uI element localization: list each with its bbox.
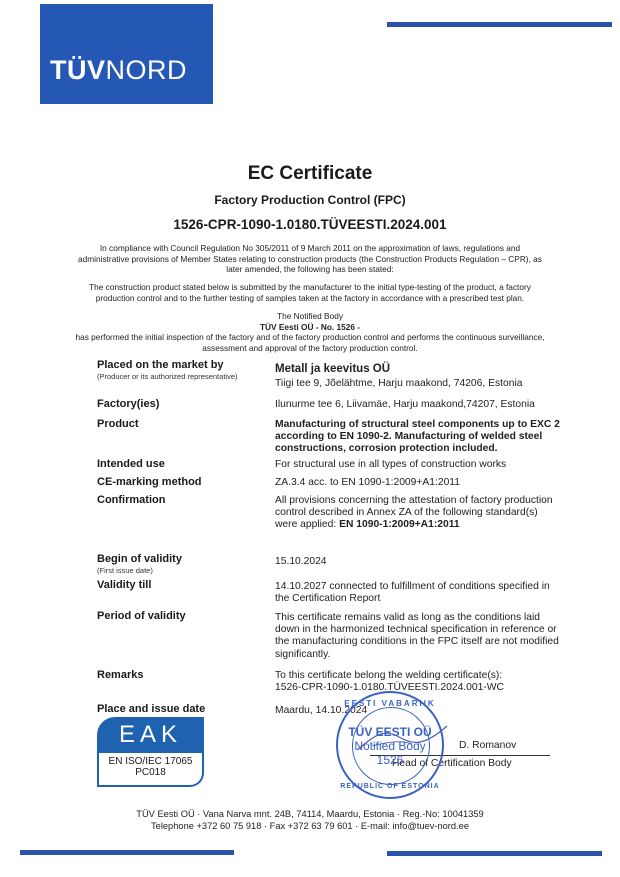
footer-rule-left	[20, 850, 234, 855]
remarks-label: Remarks	[97, 669, 143, 681]
notified-body-paragraph: The Notified Body TÜV Eesti OÜ - No. 152…	[0, 311, 620, 353]
factories-label: Factory(ies)	[97, 398, 159, 410]
period-validity-line: significantly.	[275, 649, 575, 661]
document-title: EC Certificate	[0, 163, 620, 185]
intro-p2-line: production control and to the further te…	[0, 293, 620, 304]
product-line: constructions, corrosion protection incl…	[275, 443, 575, 455]
period-validity-value: This certificate remains valid as long a…	[275, 612, 575, 661]
remarks-line: 1526-CPR-1090-1.0180.TÜVEESTI.2024.001-W…	[275, 682, 575, 694]
confirmation-prefix: were applied:	[275, 519, 339, 530]
validity-till-line: 14.10.2027 connected to fulfillment of c…	[275, 581, 575, 593]
product-line: according to EN 1090-2. Manufacturing of…	[275, 431, 575, 443]
footer-contacts: Telephone +372 60 75 918 · Fax +372 63 7…	[0, 820, 620, 832]
intro-p1-line: later amended, the following has been st…	[0, 264, 620, 275]
place-date-label: Place and issue date	[97, 703, 205, 715]
signature-scribble-icon	[352, 718, 452, 758]
placed-on-market-label: Placed on the market by	[97, 359, 224, 371]
tuv-nord-logo: TÜVNORD	[40, 4, 213, 104]
intro-p3-line: has performed the initial inspection of …	[0, 332, 620, 343]
begin-validity-value: 15.10.2024	[275, 556, 575, 568]
product-value: Manufacturing of structural steel compon…	[275, 419, 575, 456]
eak-standard: EN ISO/IEC 17065	[99, 756, 202, 767]
logo-brand-thin: NORD	[106, 55, 188, 85]
footer-rule-right	[387, 851, 602, 856]
eak-code: PC018	[99, 767, 202, 778]
confirmation-line: All provisions concerning the attestatio…	[275, 495, 575, 507]
validity-till-line: the Certification Report	[275, 593, 575, 605]
period-validity-line: This certificate remains valid as long a…	[275, 612, 575, 624]
stamp-bottom-arc: REPUBLIC OF ESTONIA	[336, 783, 444, 790]
validity-till-label: Validity till	[97, 579, 151, 591]
placed-on-market-sublabel: (Producer or its authorized representati…	[97, 372, 237, 381]
intro-p1-line: In compliance with Council Regulation No…	[0, 243, 620, 254]
period-validity-line: down in the harmonized technical specifi…	[275, 624, 575, 636]
factories-value: Ilunurme tee 6, Liivamäe, Harju maakond,…	[275, 399, 575, 411]
eak-badge-top: EAK	[97, 717, 204, 753]
remarks-value: To this certificate belong the welding c…	[275, 670, 575, 694]
confirmation-line: control described in Annex ZA of the fol…	[275, 507, 575, 519]
begin-validity-label: Begin of validity	[97, 553, 182, 565]
remarks-line: To this certificate belong the welding c…	[275, 670, 575, 682]
intro-paragraph-1: In compliance with Council Regulation No…	[0, 243, 620, 275]
intro-p2-line: The construction product stated below is…	[0, 282, 620, 293]
confirmation-line: were applied: EN 1090-1:2009+A1:2011	[275, 519, 575, 531]
intended-use-value: For structural use in all types of const…	[275, 459, 575, 471]
eak-letters: EAK	[97, 721, 204, 749]
certificate-number: 1526-CPR-1090-1.0180.TÜVEESTI.2024.001	[0, 217, 620, 232]
footer-contact: TÜV Eesti OÜ · Vana Narva mnt. 24B, 7411…	[0, 808, 620, 832]
document-subtitle: Factory Production Control (FPC)	[0, 193, 620, 207]
footer-address: TÜV Eesti OÜ · Vana Narva mnt. 24B, 7411…	[0, 808, 620, 820]
producer-name: Metall ja keevitus OÜ	[275, 363, 575, 375]
header-rule	[387, 22, 612, 27]
signatory-name: D. Romanov	[459, 740, 516, 751]
confirmation-value: All provisions concerning the attestatio…	[275, 495, 575, 532]
begin-validity-sublabel: (First issue date)	[97, 566, 153, 575]
confirmation-standard: EN 1090-1:2009+A1:2011	[339, 519, 460, 530]
confirmation-label: Confirmation	[97, 494, 165, 506]
ce-marking-value: ZA.3.4 acc. to EN 1090-1:2009+A1:2011	[275, 477, 575, 489]
intro-p3-line: assessment and approval of the factory p…	[0, 343, 620, 354]
product-line: Manufacturing of structural steel compon…	[275, 419, 575, 431]
producer-address: Tiigi tee 9, Jõelähtme, Harju maakond, 7…	[275, 378, 575, 390]
eak-accreditation-badge: EAK EN ISO/IEC 17065 PC018	[97, 717, 204, 787]
intended-use-label: Intended use	[97, 458, 165, 470]
ce-marking-label: CE-marking method	[97, 476, 202, 488]
period-validity-label: Period of validity	[97, 610, 186, 622]
stamp-top-arc: EESTI VABARIIK	[336, 699, 444, 708]
product-label: Product	[97, 418, 139, 430]
logo-brand-bold: TÜV	[50, 55, 106, 85]
logo-wordmark: TÜVNORD	[50, 55, 187, 86]
eak-badge-bottom: EN ISO/IEC 17065 PC018	[97, 753, 204, 787]
notified-body-name: TÜV Eesti OÜ - No. 1526 -	[0, 322, 620, 333]
intro-paragraph-2: The construction product stated below is…	[0, 282, 620, 303]
intro-p1-line: administrative provisions of Member Stat…	[0, 254, 620, 265]
period-validity-line: the manufacturing conditions in the FPC …	[275, 636, 575, 648]
validity-till-value: 14.10.2027 connected to fulfillment of c…	[275, 581, 575, 605]
notified-body-label: The Notified Body	[0, 311, 620, 322]
